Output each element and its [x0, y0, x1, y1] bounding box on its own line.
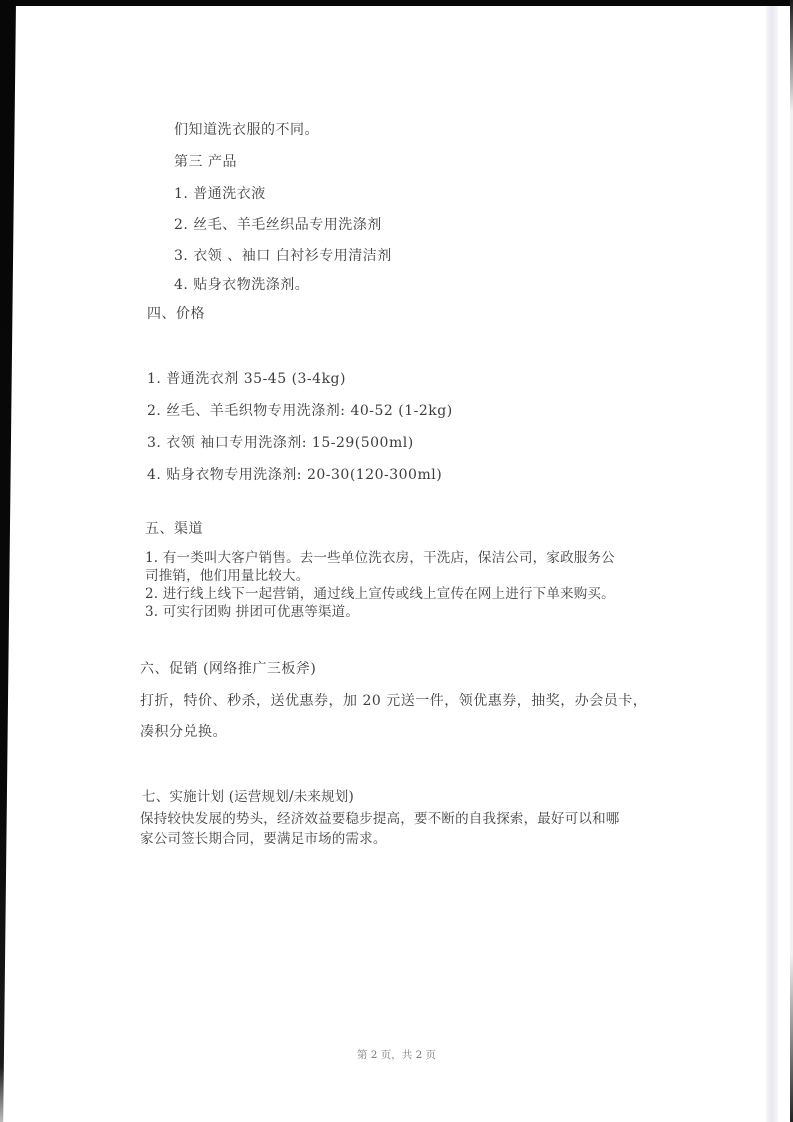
section-heading: 第三 产品 [174, 153, 237, 171]
list-item: 3. 衣领 袖口专用洗涤剂: 15-29(500ml) [147, 434, 414, 452]
list-item: 2. 丝毛、羊毛织物专用洗涤剂: 40-52 (1-2kg) [147, 402, 453, 420]
list-item: 3. 衣领 、袖口 白衬衫专用清洁剂 [174, 247, 392, 265]
scan-border-top [0, 0, 793, 6]
list-item: 4. 贴身衣物专用洗涤剂: 20-30(120-300ml) [147, 466, 442, 484]
intro-continuation: 们知道洗衣服的不同。 [174, 121, 319, 139]
paragraph-line: 打折，特价、秒杀，送优惠券，加 20 元送一件，领优惠券，抽奖，办会员卡， [140, 692, 647, 710]
paragraph-line: 2. 进行线上线下一起营销，通过线上宣传或线上宣传在网上进行下单来购买。 [145, 585, 615, 603]
paragraph-line: 凑积分兑换。 [140, 723, 227, 741]
list-item: 4. 贴身衣物洗涤剂。 [174, 276, 309, 294]
list-item: 1. 普通洗衣液 [174, 185, 266, 203]
list-item: 1. 普通洗衣剂 35-45 (3-4kg) [147, 370, 346, 388]
section-heading: 五、渠道 [145, 520, 203, 538]
scan-border-left [0, 0, 16, 1122]
paragraph-line: 3. 可实行团购 拼团可优惠等渠道。 [145, 603, 359, 621]
paragraph-line: 保持较快发展的势头，经济效益要稳步提高，要不断的自我探索，最好可以和哪 [140, 810, 620, 828]
scan-stripe-right [766, 6, 778, 1122]
page-number: 第 2 页，共 2 页 [0, 1047, 793, 1062]
section-heading: 七、实施计划 (运营规划/未来规划) [142, 788, 354, 806]
section-heading: 六、促销 (网络推广三板斧) [140, 660, 316, 678]
paragraph-line: 家公司签长期合同，要满足市场的需求。 [140, 830, 387, 848]
list-item: 2. 丝毛、羊毛丝织品专用洗涤剂 [174, 216, 382, 234]
paragraph-line: 司推销，他们用量比较大。 [145, 567, 309, 585]
paragraph-line: 1. 有一类叫大客户销售。去一些单位洗衣房，干洗店，保洁公司，家政服务公 [145, 549, 615, 567]
section-heading: 四、价格 [147, 305, 205, 323]
